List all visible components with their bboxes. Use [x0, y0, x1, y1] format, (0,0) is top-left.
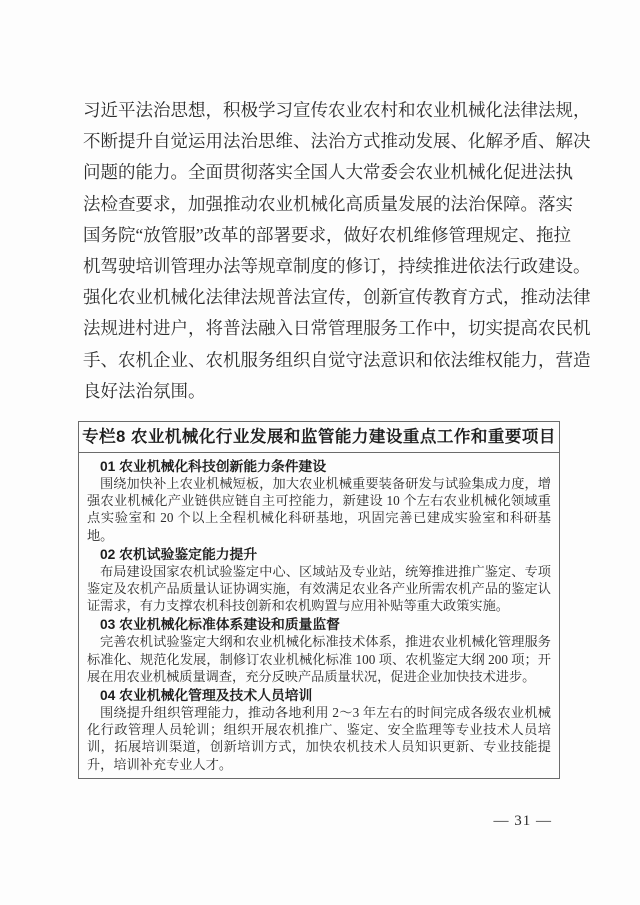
feature-box-item: 04 农业机械化管理及技术人员培训围绕提升组织管理能力，推动各地利用 2～3 年…	[87, 687, 551, 773]
feature-box-item: 03 农业机械化标准体系建设和质量监督完善农机试验鉴定大纲和农业机械化标准技术体…	[87, 616, 551, 685]
feature-box-body: 01 农业机械化科技创新能力条件建设围绕加快补上农业机械短板，加大农业机械重要装…	[79, 453, 559, 778]
feature-box: 专栏8 农业机械化行业发展和监管能力建设重点工作和重要项目 01 农业机械化科技…	[78, 421, 560, 779]
body-text-line: 不断提升自觉运用法治思维、法治方式推动发展、化解矛盾、解决	[83, 126, 557, 157]
body-text-line: 习近平法治思想，积极学习宣传农业农村和农业机械化法律法规，	[83, 95, 557, 126]
feature-box-item-body: 布局建设国家农机试验鉴定中心、区域站及专业站，统筹推进推广鉴定、专项鉴定及农机产…	[87, 563, 551, 615]
body-text-line: 手、农机企业、农机服务组织自觉守法意识和依法维权能力，营造	[83, 345, 557, 376]
document-page: 习近平法治思想，积极学习宣传农业农村和农业机械化法律法规，不断提升自觉运用法治思…	[0, 0, 640, 905]
feature-box-item-heading: 04 农业机械化管理及技术人员培训	[87, 687, 551, 704]
feature-box-item: 01 农业机械化科技创新能力条件建设围绕加快补上农业机械短板，加大农业机械重要装…	[87, 458, 551, 544]
feature-box-item-heading: 03 农业机械化标准体系建设和质量监督	[87, 616, 551, 633]
feature-box-item-body: 围绕提升组织管理能力，推动各地利用 2～3 年左右的时间完成各级农业机械化行政管…	[87, 704, 551, 773]
feature-box-title: 专栏8 农业机械化行业发展和监管能力建设重点工作和重要项目	[79, 422, 559, 453]
body-text-line: 法规进村进户，将普法融入日常管理服务工作中，切实提高农民机	[83, 313, 557, 344]
feature-box-item-body: 围绕加快补上农业机械短板，加大农业机械重要装备研发与试验集成力度，增强农业机械化…	[87, 475, 551, 544]
page-number: — 31 —	[494, 813, 553, 830]
body-text-line: 良好法治氛围。	[83, 376, 557, 407]
body-text-line: 机驾驶培训管理办法等规章制度的修订，持续推进依法行政建设。	[83, 251, 557, 282]
body-text-line: 强化农业机械化法律法规普法宣传，创新宣传教育方式，推动法律	[83, 282, 557, 313]
body-text-line: 国务院“放管服”改革的部署要求，做好农机维修管理规定、拖拉	[83, 220, 557, 251]
feature-box-item-heading: 01 农业机械化科技创新能力条件建设	[87, 458, 551, 475]
feature-box-item-heading: 02 农机试验鉴定能力提升	[87, 546, 551, 563]
feature-box-item-body: 完善农机试验鉴定大纲和农业机械化标准技术体系，推进农业机械化管理服务标准化、规范…	[87, 633, 551, 685]
feature-box-item: 02 农机试验鉴定能力提升布局建设国家农机试验鉴定中心、区域站及专业站，统筹推进…	[87, 546, 551, 615]
body-paragraph: 习近平法治思想，积极学习宣传农业农村和农业机械化法律法规，不断提升自觉运用法治思…	[83, 95, 557, 407]
body-text-line: 问题的能力。全面贯彻落实全国人大常委会农业机械化促进法执	[83, 157, 557, 188]
body-text-line: 法检查要求，加强推动农业机械化高质量发展的法治保障。落实	[83, 189, 557, 220]
